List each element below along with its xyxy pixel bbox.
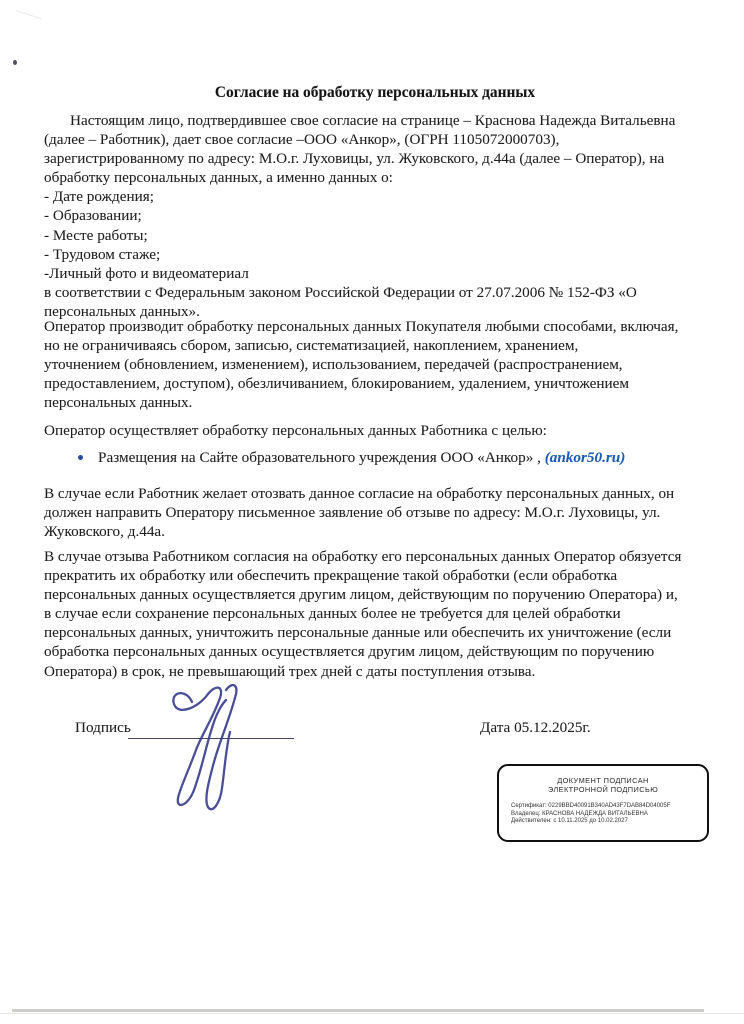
ink-dot-artifact — [13, 60, 17, 65]
stamp-header-line1: ДОКУМЕНТ ПОДПИСАН — [499, 776, 707, 785]
stamp-certificate: Сертификат: 0229BBD40091B340AD43F7DAB84D… — [511, 803, 707, 811]
intro-paragraph: Настоящим лицо, подтвердившее свое согла… — [44, 111, 706, 321]
scan-edge-artifact-2 — [0, 1013, 744, 1014]
purpose-bullet-item: Размещения на Сайте образовательного учр… — [44, 448, 706, 467]
processing-paragraph: Оператор производит обработку персональн… — [44, 317, 706, 412]
signature-label: Подпись — [75, 719, 131, 737]
revocation-paragraph: В случае отзыва Работником согласия на о… — [44, 547, 706, 681]
handwritten-signature — [152, 676, 272, 816]
stamp-header: ДОКУМЕНТ ПОДПИСАН ЭЛЕКТРОННОЙ ПОДПИСЬЮ — [499, 776, 707, 795]
purpose-bullet-text: Размещения на Сайте образовательного учр… — [98, 448, 706, 467]
date-label: Дата 05.12.2025г. — [480, 719, 591, 737]
withdrawal-paragraph: В случае если Работник желает отозвать д… — [44, 484, 706, 541]
bullet-icon — [78, 455, 83, 460]
document-title: Согласие на обработку персональных данны… — [44, 84, 706, 102]
bullet-text: Размещения на Сайте образовательного учр… — [98, 449, 545, 466]
stamp-header-line2: ЭЛЕКТРОННОЙ ПОДПИСЬЮ — [499, 785, 707, 794]
stamp-details: Сертификат: 0229BBD40091B340AD43F7DAB84D… — [511, 803, 707, 826]
ankor-site-link[interactable]: (ankor50.ru) — [545, 449, 626, 466]
scan-edge-artifact — [12, 1009, 704, 1012]
purpose-intro-paragraph: Оператор осуществляет обработку персонал… — [44, 421, 706, 440]
scanned-document-page: Согласие на обработку персональных данны… — [0, 0, 744, 1024]
stamp-validity: Действителен: с 10.11.2025 до 10.02.2027 — [511, 818, 707, 826]
scan-smudge-artifact — [13, 10, 42, 30]
electronic-signature-stamp: ДОКУМЕНТ ПОДПИСАН ЭЛЕКТРОННОЙ ПОДПИСЬЮ С… — [497, 764, 709, 842]
